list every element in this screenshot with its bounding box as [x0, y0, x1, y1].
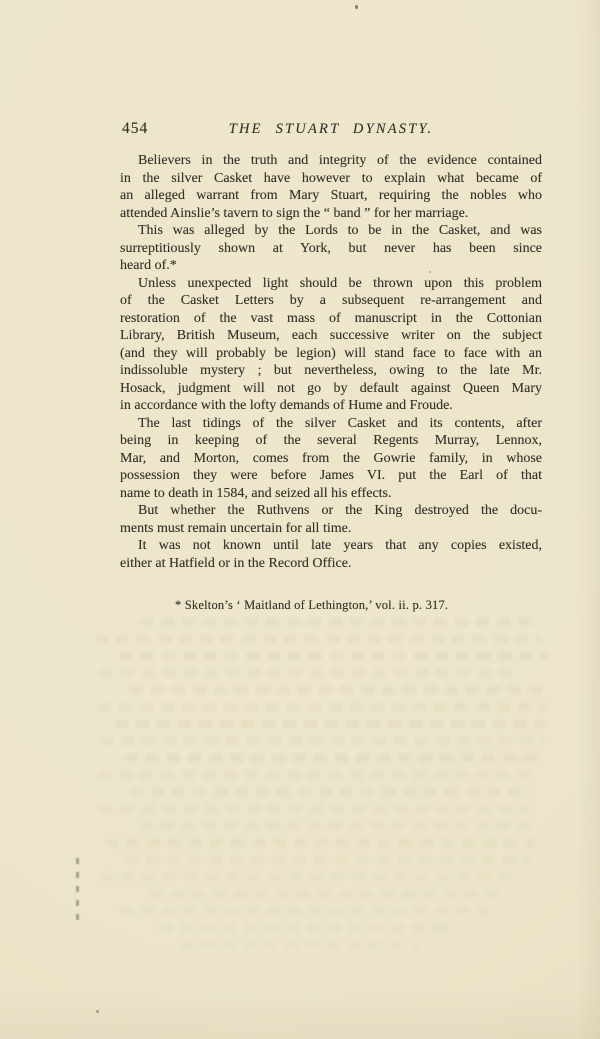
bleedthrough-line	[125, 856, 530, 864]
text-line: This was alleged by the Lords to be in t…	[120, 222, 542, 240]
bleedthrough-line	[115, 720, 545, 728]
text-line: The last tidings of the silver Casket an…	[120, 415, 542, 433]
paragraph: This was alleged by the Lords to be in t…	[120, 222, 542, 275]
margin-mark	[76, 900, 79, 906]
bleedthrough-line	[98, 771, 538, 779]
text-line: surreptitiously shown at York, but never…	[120, 240, 542, 258]
text-line: heard of.*	[120, 257, 542, 275]
paragraph: The last tidings of the silver Casket an…	[120, 415, 542, 503]
bleedthrough-line	[120, 907, 500, 915]
bleedthrough-line	[100, 669, 520, 677]
text-line: Believers in the truth and integrity of …	[120, 152, 542, 170]
scan-speck	[96, 1010, 99, 1013]
text-line: Library, British Museum, each successive…	[120, 327, 542, 345]
bleedthrough-line	[140, 822, 530, 830]
margin-mark	[76, 914, 79, 920]
bleedthrough-line	[100, 873, 520, 881]
page-body: Believers in the truth and integrity of …	[120, 152, 542, 572]
text-line: But whether the Ruthvens or the King des…	[120, 502, 542, 520]
bleedthrough-line	[180, 941, 420, 949]
running-title: THE STUART DYNASTY.	[120, 121, 542, 138]
text-line: ments must remain uncertain for all time…	[120, 520, 542, 538]
paragraph: But whether the Ruthvens or the King des…	[120, 502, 542, 537]
paragraph: It was not known until late years that a…	[120, 537, 542, 572]
page-header: 454 THE STUART DYNASTY.	[120, 120, 542, 142]
scanned-book-page: 454 THE STUART DYNASTY. Believers in the…	[0, 0, 600, 1039]
text-line: possession they were before James VI. pu…	[120, 467, 542, 485]
text-line: being in keeping of the several Regents …	[120, 432, 542, 450]
text-line: Unless unexpected light should be thrown…	[120, 275, 542, 293]
text-line: in the silver Casket have however to exp…	[120, 170, 542, 188]
bleedthrough-line	[130, 788, 530, 796]
paragraph: Unless unexpected light should be thrown…	[120, 275, 542, 415]
text-line: Hosack, judgment will not go by default …	[120, 380, 542, 398]
scan-speck	[355, 5, 358, 9]
bleedthrough-line	[120, 652, 550, 660]
bleedthrough-line	[130, 686, 545, 694]
text-line: name to death in 1584, and seized all hi…	[120, 485, 542, 503]
bleedthrough-line	[95, 635, 540, 643]
bleedthrough-line	[150, 890, 500, 898]
footnote: * Skelton’s ‘ Maitland of Lethington,’ v…	[175, 598, 448, 613]
text-line: an alleged warrant from Mary Stuart, req…	[120, 187, 542, 205]
margin-mark	[76, 872, 79, 878]
bleedthrough-line	[105, 839, 535, 847]
bleedthrough-line	[160, 924, 460, 932]
text-line: indissoluble mystery ; but nevertheless,…	[120, 362, 542, 380]
text-line: Mar, and Morton, comes from the Gowrie f…	[120, 450, 542, 468]
margin-mark	[76, 858, 79, 864]
paragraph: Believers in the truth and integrity of …	[120, 152, 542, 222]
text-line: It was not known until late years that a…	[120, 537, 542, 555]
text-line: of the Casket Letters by a subsequent re…	[120, 292, 542, 310]
text-line: attended Ainslie’s tavern to sign the “ …	[120, 205, 542, 223]
text-line: in accordance with the lofty demands of …	[120, 397, 542, 415]
scan-speck	[429, 271, 431, 273]
text-line: restoration of the vast mass of manuscri…	[120, 310, 542, 328]
text-line: either at Hatfield or in the Record Offi…	[120, 555, 542, 573]
bleedthrough-line	[140, 618, 540, 626]
bleedthrough-line	[125, 754, 545, 762]
bleedthrough-line	[98, 703, 548, 711]
bleedthrough-line	[100, 737, 545, 745]
text-line: (and they will probably be legion) will …	[120, 345, 542, 363]
bleedthrough-line	[100, 805, 530, 813]
margin-mark	[76, 886, 79, 892]
